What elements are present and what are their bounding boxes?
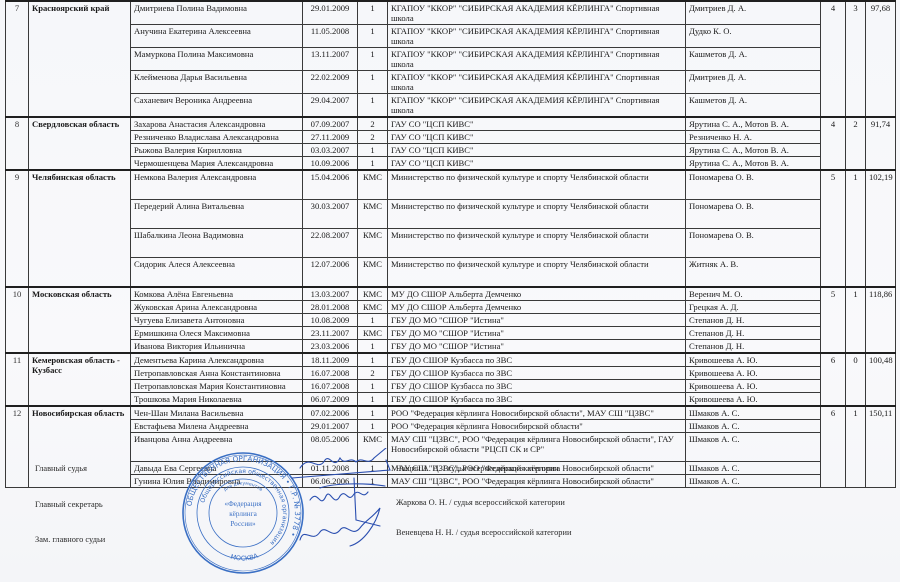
coach-cell: Кривошеева А. Ю.: [686, 367, 821, 380]
table-row: Мамуркова Полина Максимовна13.11.20071КГ…: [6, 48, 896, 71]
column-a-cell: 4: [821, 117, 846, 170]
coach-cell: Веренич М. О.: [686, 287, 821, 301]
sport-rank-cell: 1: [358, 94, 388, 118]
coach-cell: Резниченко Н. А.: [686, 131, 821, 144]
organization-cell: МУ ДО СШОР Альберта Демченко: [388, 301, 686, 314]
table-row: Ермишкина Олеся Максимовна23.11.2007КМСГ…: [6, 327, 896, 340]
results-table: 7Красноярский крайДмитриева Полина Вадим…: [5, 0, 896, 488]
athlete-name-cell: Евстафьева Милена Андреевна: [131, 420, 303, 433]
coach-cell: Кашметов Д. А.: [686, 48, 821, 71]
organization-cell: ГБУ ДО СШОР Кузбасса по ЗВС: [388, 353, 686, 367]
table-row: Петропавловская Мария Константиновна16.0…: [6, 380, 896, 393]
birth-date-cell: 12.07.2006: [303, 258, 358, 288]
sport-rank-cell: 1: [358, 314, 388, 327]
birth-date-cell: 30.03.2007: [303, 200, 358, 229]
table-row: Клейменова Дарья Васильевна22.02.20091КГ…: [6, 71, 896, 94]
birth-date-cell: 28.01.2008: [303, 301, 358, 314]
region-cell: Челябинская область: [29, 170, 131, 287]
coach-cell: Житняк А. В.: [686, 258, 821, 288]
signatures-icon: [290, 448, 410, 558]
athlete-name-cell: Резниченко Владислава Александровна: [131, 131, 303, 144]
region-cell: Свердловская область: [29, 117, 131, 170]
results-document: 7Красноярский крайДмитриева Полина Вадим…: [0, 0, 900, 582]
table-row: 8Свердловская областьЗахарова Анастасия …: [6, 117, 896, 131]
table-row: Резниченко Владислава Александровна27.11…: [6, 131, 896, 144]
birth-date-cell: 10.08.2009: [303, 314, 358, 327]
table-row: Анучина Екатерина Алексеевна11.05.20081К…: [6, 25, 896, 48]
sport-rank-cell: 2: [358, 117, 388, 131]
signatures-footer: Главный судья Главный секретарь Зам. гла…: [0, 448, 900, 582]
sport-rank-cell: КМС: [358, 258, 388, 288]
table-row: Шабалкина Леона Вадимовна22.08.2007КМСМи…: [6, 229, 896, 258]
athlete-name-cell: Жуковская Арина Александровна: [131, 301, 303, 314]
organization-cell: РОО "Федерация кёрлинга Новосибирской об…: [388, 420, 686, 433]
sport-rank-cell: 1: [358, 340, 388, 354]
coach-cell: Степанов Д. Н.: [686, 340, 821, 354]
table-row: 12Новосибирская областьЧен-Шан Милана Ва…: [6, 406, 896, 420]
coach-cell: Ярутина С. А., Мотов В. А.: [686, 157, 821, 171]
organization-cell: ГБУ ДО СШОР Кузбасса по ЗВС: [388, 393, 686, 407]
column-a-cell: 5: [821, 287, 846, 353]
signatory-deputy-judge: Веневцева Н. Н. / судья всероссийской ка…: [396, 528, 571, 537]
organization-cell: КГАПОУ "ККОР" "СИБИРСКАЯ АКАДЕМИЯ КЁРЛИН…: [388, 1, 686, 25]
svg-text:«Федерация: «Федерация: [225, 500, 263, 508]
sport-rank-cell: КМС: [358, 200, 388, 229]
column-b-cell: 1: [846, 170, 866, 287]
coach-cell: Шмаков А. С.: [686, 420, 821, 433]
organization-cell: Министерство по физической культуре и сп…: [388, 170, 686, 200]
birth-date-cell: 06.07.2009: [303, 393, 358, 407]
column-a-cell: 6: [821, 353, 846, 406]
athlete-name-cell: Чермошенцева Мария Александровна: [131, 157, 303, 171]
table-row: 10Московская областьКомкова Алёна Евгень…: [6, 287, 896, 301]
role-label-deputy-judge: Зам. главного судьи: [35, 535, 105, 544]
sport-rank-cell: 1: [358, 380, 388, 393]
coach-cell: Дудко К. О.: [686, 25, 821, 48]
coach-cell: Дмитриев Д. А.: [686, 71, 821, 94]
birth-date-cell: 13.11.2007: [303, 48, 358, 71]
table-row: Передерий Алина Витальевна30.03.2007КМСМ…: [6, 200, 896, 229]
athlete-name-cell: Рыжова Валерия Кирилловна: [131, 144, 303, 157]
organization-cell: КГАПОУ "ККОР" "СИБИРСКАЯ АКАДЕМИЯ КЁРЛИН…: [388, 71, 686, 94]
organization-cell: Министерство по физической культуре и сп…: [388, 229, 686, 258]
athlete-name-cell: Дмитриева Полина Вадимовна: [131, 1, 303, 25]
organization-cell: ГБУ ДО СШОР Кузбасса по ЗВС: [388, 367, 686, 380]
organization-cell: МУ ДО СШОР Альберта Демченко: [388, 287, 686, 301]
sport-rank-cell: 1: [358, 406, 388, 420]
athlete-name-cell: Петропавловская Анна Константиновна: [131, 367, 303, 380]
role-label-chief-secretary: Главный секретарь: [35, 500, 103, 509]
birth-date-cell: 07.02.2006: [303, 406, 358, 420]
sport-rank-cell: КМС: [358, 327, 388, 340]
score-cell: 91,74: [866, 117, 896, 170]
sport-rank-cell: 2: [358, 131, 388, 144]
athlete-name-cell: Анучина Екатерина Алексеевна: [131, 25, 303, 48]
athlete-name-cell: Шабалкина Леона Вадимовна: [131, 229, 303, 258]
column-b-cell: 2: [846, 117, 866, 170]
place-cell: 9: [6, 170, 29, 287]
svg-text:кёрлинга: кёрлинга: [229, 510, 257, 518]
organization-cell: Министерство по физической культуре и сп…: [388, 258, 686, 288]
sport-rank-cell: 2: [358, 367, 388, 380]
table-row: 9Челябинская областьНемкова Валерия Алек…: [6, 170, 896, 200]
athlete-name-cell: Мамуркова Полина Максимовна: [131, 48, 303, 71]
svg-text:МОСКВА: МОСКВА: [230, 552, 260, 563]
coach-cell: Ярутина С. А., Мотов В. А.: [686, 144, 821, 157]
birth-date-cell: 11.05.2008: [303, 25, 358, 48]
sport-rank-cell: КМС: [358, 301, 388, 314]
birth-date-cell: 23.03.2006: [303, 340, 358, 354]
birth-date-cell: 13.03.2007: [303, 287, 358, 301]
coach-cell: Кривошеева А. Ю.: [686, 393, 821, 407]
score-cell: 118,86: [866, 287, 896, 353]
sport-rank-cell: 1: [358, 1, 388, 25]
sport-rank-cell: 1: [358, 71, 388, 94]
organization-cell: РОО "Федерация кёрлинга Новосибирской об…: [388, 406, 686, 420]
coach-cell: Степанов Д. Н.: [686, 314, 821, 327]
athlete-name-cell: Захарова Анастасия Александровна: [131, 117, 303, 131]
place-cell: 7: [6, 1, 29, 117]
table-row: Трошкова Мария Николаевна06.07.20091ГБУ …: [6, 393, 896, 407]
results-table-body: 7Красноярский крайДмитриева Полина Вадим…: [6, 1, 896, 488]
table-row: Рыжова Валерия Кирилловна03.03.20071ГАУ …: [6, 144, 896, 157]
athlete-name-cell: Комкова Алёна Евгеньевна: [131, 287, 303, 301]
organization-cell: ГАУ СО "ЦСП КИВС": [388, 157, 686, 171]
column-b-cell: 1: [846, 287, 866, 353]
organization-cell: ГАУ СО "ЦСП КИВС": [388, 144, 686, 157]
birth-date-cell: 03.03.2007: [303, 144, 358, 157]
athlete-name-cell: Петропавловская Мария Константиновна: [131, 380, 303, 393]
score-cell: 102,19: [866, 170, 896, 287]
svg-text:для документов: для документов: [223, 482, 263, 493]
birth-date-cell: 29.04.2007: [303, 94, 358, 118]
table-row: Жуковская Арина Александровна28.01.2008К…: [6, 301, 896, 314]
signatory-chief-secretary: Жаркова О. Н. / судья всероссийской кате…: [396, 498, 565, 507]
athlete-name-cell: Саханевич Вероника Андреевна: [131, 94, 303, 118]
birth-date-cell: 07.09.2007: [303, 117, 358, 131]
athlete-name-cell: Чен-Шан Милана Васильевна: [131, 406, 303, 420]
table-row: Евстафьева Милена Андреевна29.01.20071РО…: [6, 420, 896, 433]
birth-date-cell: 22.08.2007: [303, 229, 358, 258]
table-row: Чермошенцева Мария Александровна10.09.20…: [6, 157, 896, 171]
official-stamp-icon: ОБЩЕСТВЕННАЯ ОРГАНИЗАЦИЯ • Г.Р. № 3778 •…: [180, 450, 306, 576]
organization-cell: ГБУ ДО МО "СШОР "Истина": [388, 340, 686, 354]
column-a-cell: 5: [821, 170, 846, 287]
table-row: Чугуева Елизавета Антоновна10.08.20091ГБ…: [6, 314, 896, 327]
sport-rank-cell: 1: [358, 393, 388, 407]
region-cell: Кемеровская область - Кузбасс: [29, 353, 131, 406]
region-cell: Московская область: [29, 287, 131, 353]
coach-cell: Степанов Д. Н.: [686, 327, 821, 340]
coach-cell: Грецкая А. Д.: [686, 301, 821, 314]
organization-cell: ГАУ СО "ЦСП КИВС": [388, 131, 686, 144]
organization-cell: КГАПОУ "ККОР" "СИБИРСКАЯ АКАДЕМИЯ КЁРЛИН…: [388, 48, 686, 71]
birth-date-cell: 15.04.2006: [303, 170, 358, 200]
score-cell: 100,48: [866, 353, 896, 406]
table-row: Иванова Виктория Ильинична23.03.20061ГБУ…: [6, 340, 896, 354]
coach-cell: Пономарева О. В.: [686, 200, 821, 229]
athlete-name-cell: Передерий Алина Витальевна: [131, 200, 303, 229]
birth-date-cell: 29.01.2009: [303, 1, 358, 25]
athlete-name-cell: Дементьева Карина Александровна: [131, 353, 303, 367]
place-cell: 10: [6, 287, 29, 353]
sport-rank-cell: КМС: [358, 170, 388, 200]
birth-date-cell: 27.11.2009: [303, 131, 358, 144]
place-cell: 8: [6, 117, 29, 170]
athlete-name-cell: Ермишкина Олеся Максимовна: [131, 327, 303, 340]
coach-cell: Дмитриев Д. А.: [686, 1, 821, 25]
birth-date-cell: 18.11.2009: [303, 353, 358, 367]
score-cell: 97,68: [866, 1, 896, 117]
table-row: Петропавловская Анна Константиновна16.07…: [6, 367, 896, 380]
sport-rank-cell: 1: [358, 420, 388, 433]
coach-cell: Пономарева О. В.: [686, 170, 821, 200]
table-row: 7Красноярский крайДмитриева Полина Вадим…: [6, 1, 896, 25]
sport-rank-cell: 1: [358, 25, 388, 48]
athlete-name-cell: Клейменова Дарья Васильевна: [131, 71, 303, 94]
coach-cell: Кашметов Д. А.: [686, 94, 821, 118]
coach-cell: Кривошеева А. Ю.: [686, 353, 821, 367]
role-label-chief-judge: Главный судья: [35, 464, 87, 473]
organization-cell: КГАПОУ "ККОР" "СИБИРСКАЯ АКАДЕМИЯ КЁРЛИН…: [388, 25, 686, 48]
sport-rank-cell: 1: [358, 48, 388, 71]
table-row: Сидорик Алеся Алексеевна12.07.2006КМСМин…: [6, 258, 896, 288]
organization-cell: Министерство по физической культуре и сп…: [388, 200, 686, 229]
organization-cell: КГАПОУ "ККОР" "СИБИРСКАЯ АКАДЕМИЯ КЁРЛИН…: [388, 94, 686, 118]
column-b-cell: 3: [846, 1, 866, 117]
table-row: Саханевич Вероника Андреевна29.04.20071К…: [6, 94, 896, 118]
birth-date-cell: 16.07.2008: [303, 367, 358, 380]
birth-date-cell: 29.01.2007: [303, 420, 358, 433]
coach-cell: Пономарева О. В.: [686, 229, 821, 258]
coach-cell: Шмаков А. С.: [686, 406, 821, 420]
athlete-name-cell: Немкова Валерия Александровна: [131, 170, 303, 200]
region-cell: Красноярский край: [29, 1, 131, 117]
sport-rank-cell: КМС: [358, 229, 388, 258]
sport-rank-cell: 1: [358, 353, 388, 367]
athlete-name-cell: Сидорик Алеся Алексеевна: [131, 258, 303, 288]
birth-date-cell: 10.09.2006: [303, 157, 358, 171]
column-a-cell: 4: [821, 1, 846, 117]
organization-cell: ГБУ ДО МО "СШОР "Истина": [388, 327, 686, 340]
birth-date-cell: 23.11.2007: [303, 327, 358, 340]
athlete-name-cell: Иванова Виктория Ильинична: [131, 340, 303, 354]
signatory-chief-judge: Чащин А. А. / судья всероссийской катего…: [396, 464, 559, 473]
sport-rank-cell: 1: [358, 144, 388, 157]
athlete-name-cell: Трошкова Мария Николаевна: [131, 393, 303, 407]
table-row: 11Кемеровская область - КузбассДементьев…: [6, 353, 896, 367]
athlete-name-cell: Чугуева Елизавета Антоновна: [131, 314, 303, 327]
sport-rank-cell: КМС: [358, 287, 388, 301]
column-b-cell: 0: [846, 353, 866, 406]
sport-rank-cell: 1: [358, 157, 388, 171]
coach-cell: Кривошеева А. Ю.: [686, 380, 821, 393]
organization-cell: ГАУ СО "ЦСП КИВС": [388, 117, 686, 131]
birth-date-cell: 16.07.2008: [303, 380, 358, 393]
coach-cell: Ярутина С. А., Мотов В. А.: [686, 117, 821, 131]
birth-date-cell: 22.02.2009: [303, 71, 358, 94]
organization-cell: ГБУ ДО СШОР Кузбасса по ЗВС: [388, 380, 686, 393]
organization-cell: ГБУ ДО МО "СШОР "Истина": [388, 314, 686, 327]
place-cell: 11: [6, 353, 29, 406]
svg-text:России»: России»: [230, 520, 256, 528]
